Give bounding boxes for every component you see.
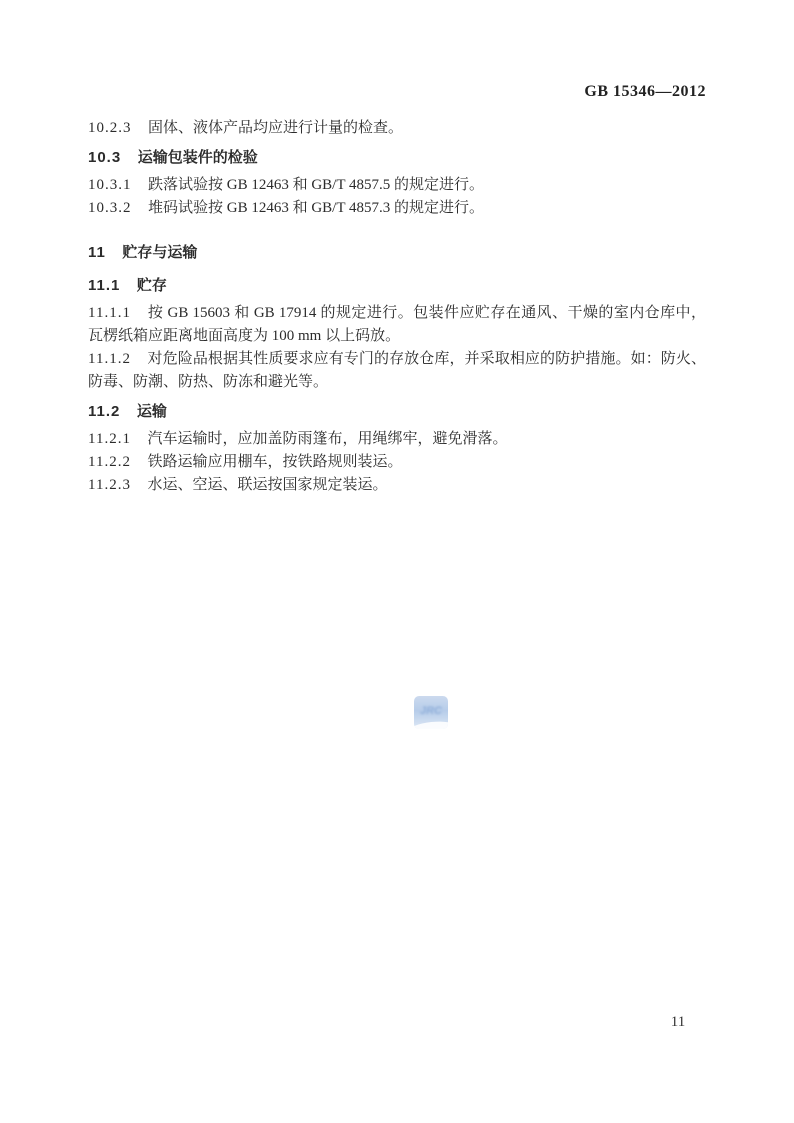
clause-11.1: 11.1贮存 [88, 274, 706, 297]
clause-text: 运输包装件的检验 [138, 149, 258, 166]
clause-text: 铁路运输应用棚车，按铁路规则装运。 [147, 454, 402, 470]
watermark-swoosh-icon [414, 720, 448, 729]
clause-text: 贮存与运输 [122, 244, 197, 261]
clause-10.3: 10.3运输包装件的检验 [88, 146, 706, 169]
clause-text: 水运、空运、联运按国家规定装运。 [147, 477, 387, 493]
clause-10.3.1: 10.3.1跌落试验按 GB 12463 和 GB/T 4857.5 的规定进行… [88, 174, 706, 197]
clause-text: 堆码试验按 GB 12463 和 GB/T 4857.3 的规定进行。 [148, 200, 484, 216]
clause-11.2.2: 11.2.2铁路运输应用棚车，按铁路规则装运。 [88, 451, 706, 474]
clause-text: 固体、液体产品均应进行计量的检查。 [148, 120, 403, 136]
clause-11.2.1: 11.2.1汽车运输时，应加盖防雨篷布，用绳绑牢，避免滑落。 [88, 428, 706, 451]
clause-text: 对危险品根据其性质要求应有专门的存放仓库，并采取相应的防护措施。如：防火、防毒、… [88, 351, 706, 390]
clause-number: 11.2 [88, 403, 120, 420]
clause-number: 11.2.3 [88, 477, 131, 493]
clause-number: 11.1 [88, 277, 120, 294]
clause-number: 10.2.3 [88, 120, 132, 136]
clause-text: 贮存 [137, 277, 167, 294]
clause-11.1.1: 11.1.1按 GB 15603 和 GB 17914 的规定进行。包装件应贮存… [88, 302, 706, 348]
clause-number: 11.2.1 [88, 431, 131, 447]
clause-number: 10.3.1 [88, 177, 132, 193]
clause-11.2: 11.2运输 [88, 400, 706, 423]
clause-number: 10.3 [88, 149, 121, 166]
clause-text: 汽车运输时，应加盖防雨篷布，用绳绑牢，避免滑落。 [147, 431, 507, 447]
clause-number: 11.2.2 [88, 454, 131, 470]
clause-11.1.2: 11.1.2对危险品根据其性质要求应有专门的存放仓库，并采取相应的防护措施。如：… [88, 348, 706, 394]
clause-text: 跌落试验按 GB 12463 和 GB/T 4857.5 的规定进行。 [148, 177, 484, 193]
clause-number: 11 [88, 244, 106, 261]
clause-10.2.3: 10.2.3固体、液体产品均应进行计量的检查。 [88, 117, 706, 140]
clause-11.2.3: 11.2.3水运、空运、联运按国家规定装运。 [88, 474, 706, 497]
clause-11: 11贮存与运输 [88, 241, 706, 264]
clause-number: 11.1.1 [88, 305, 131, 321]
document-page: GB 15346—2012 10.2.3固体、液体产品均应进行计量的检查。10.… [0, 0, 794, 1123]
clauses-container: 10.2.3固体、液体产品均应进行计量的检查。10.3运输包装件的检验10.3.… [88, 117, 706, 497]
clause-number: 11.1.2 [88, 351, 131, 367]
clause-number: 10.3.2 [88, 200, 132, 216]
clause-text: 按 GB 15603 和 GB 17914 的规定进行。包装件应贮存在通风、干燥… [88, 305, 706, 344]
clause-10.3.2: 10.3.2堆码试验按 GB 12463 和 GB/T 4857.3 的规定进行… [88, 197, 706, 220]
standard-code-header: GB 15346—2012 [584, 83, 706, 101]
clause-text: 运输 [137, 403, 167, 420]
watermark-logo: JRC [414, 696, 448, 729]
watermark-letters: JRC [414, 705, 448, 717]
page-number: 11 [656, 1014, 700, 1031]
